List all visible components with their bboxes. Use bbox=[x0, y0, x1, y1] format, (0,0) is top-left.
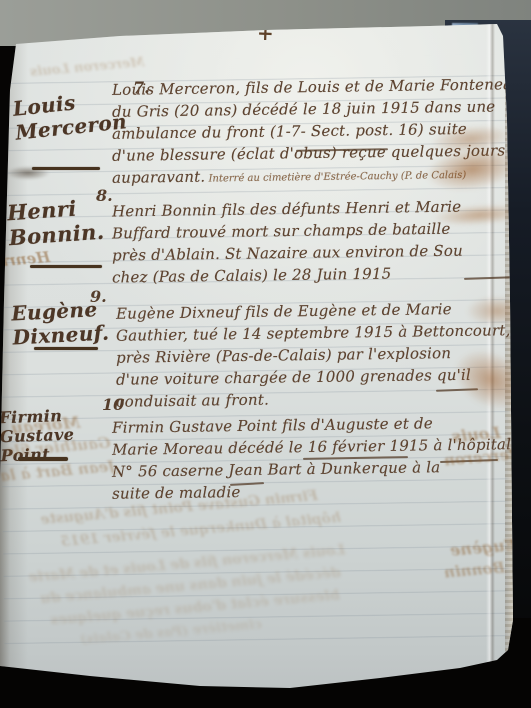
entry-number: 10 bbox=[102, 395, 124, 414]
entry-body-text: Henri Bonnin fils des défunts Henri et M… bbox=[112, 198, 463, 286]
margin-name-line: Dixneuf. bbox=[12, 321, 110, 350]
ink-smudge bbox=[6, 166, 50, 180]
entry-margin-name: EugèneDixneuf. bbox=[11, 298, 110, 350]
entry-body-text: Eugène Dixneuf fils de Eugène et de Mari… bbox=[116, 300, 511, 410]
entry-text-line: chez (Pas de Calais) le 28 Juin 1915 bbox=[112, 262, 463, 289]
register-page-photo: + 7. LouisMerceron Louis Merceron, fils … bbox=[0, 0, 531, 708]
notebook-page: + 7. LouisMerceron Louis Merceron, fils … bbox=[0, 0, 531, 708]
entry-margin-name: HenriBonnin. bbox=[6, 195, 105, 251]
margin-name-underline bbox=[34, 347, 98, 350]
